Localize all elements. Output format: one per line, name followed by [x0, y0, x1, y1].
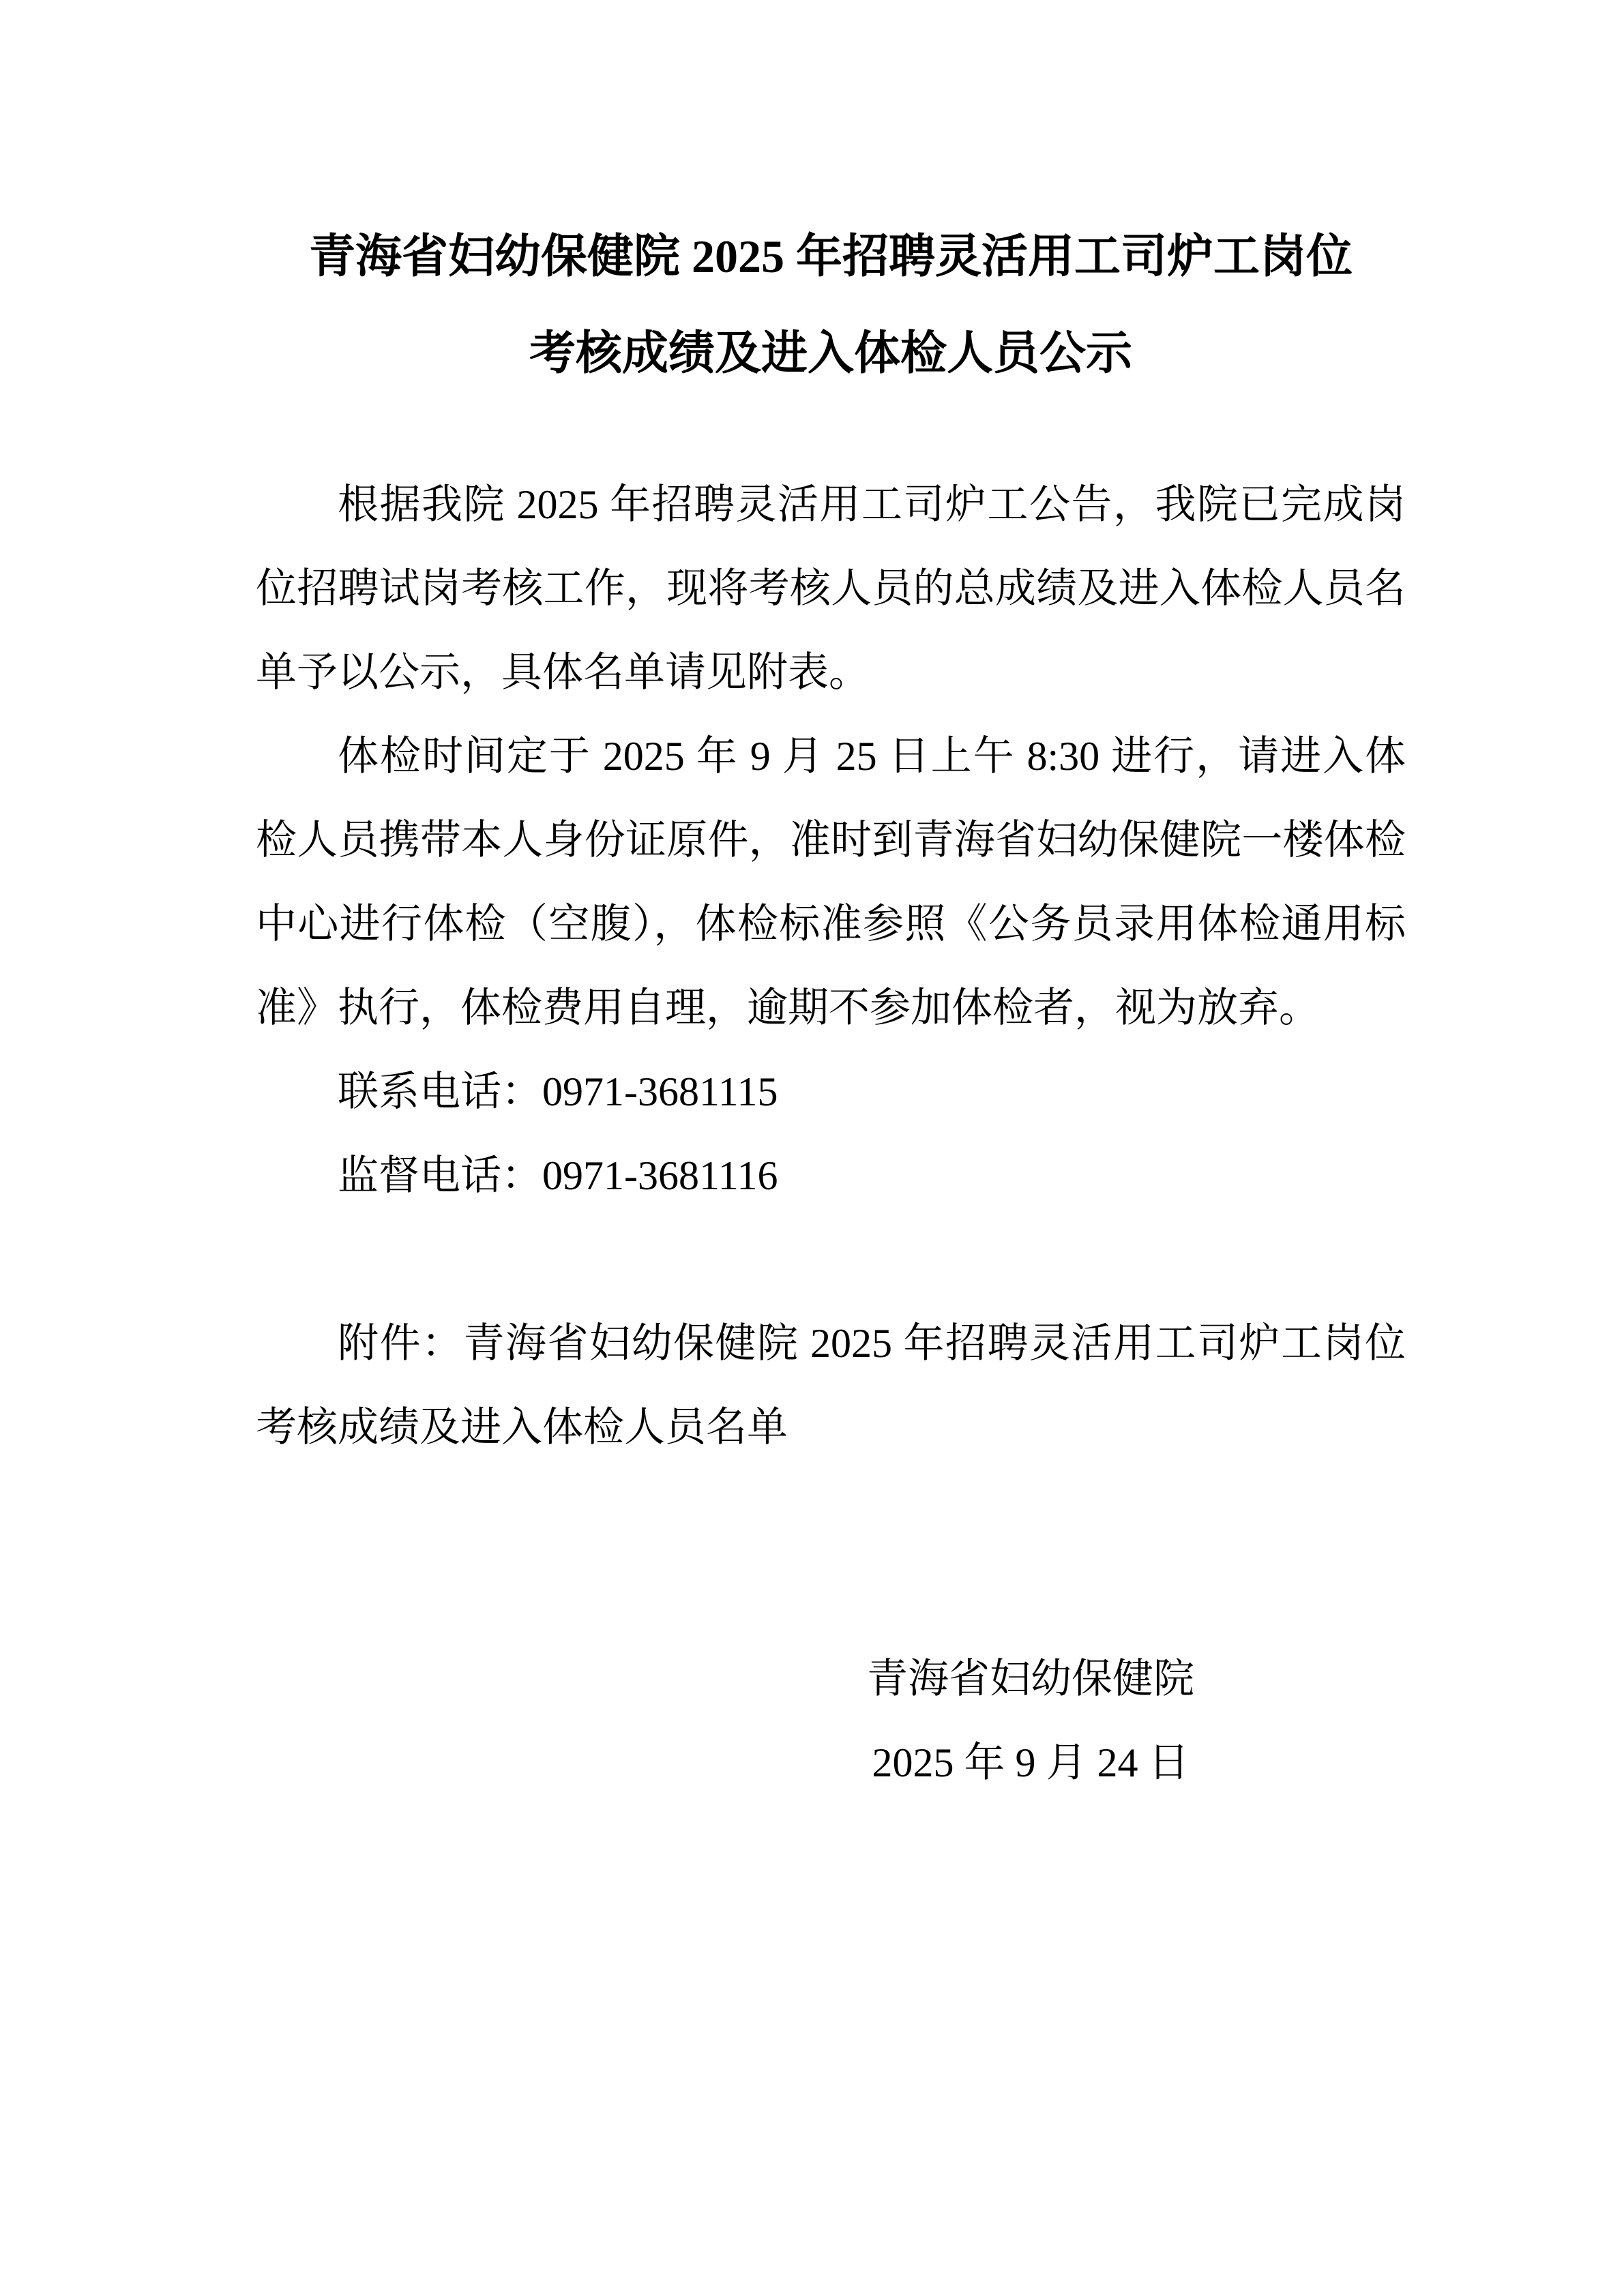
- attachment-line-1: 附件：青海省妇幼保健院 2025 年招聘灵活用工司炉工岗位: [256, 1302, 1406, 1386]
- signature-organization: 青海省妇幼保健院: [840, 1637, 1222, 1721]
- body-line: 根据我院 2025 年招聘灵活用工司炉工公告，我院已完成岗: [256, 463, 1406, 547]
- document-title-line-2: 考核成绩及进入体检人员公示: [256, 305, 1406, 402]
- body-line: 体检时间定于 2025 年 9 月 25 日上午 8:30 进行，请进入体: [256, 715, 1406, 799]
- signature-block: 青海省妇幼保健院 2025 年 9 月 24 日: [840, 1637, 1222, 1805]
- blank-line-spacer: [256, 1218, 1406, 1302]
- contact-phone-line: 联系电话：0971-3681115: [256, 1050, 1406, 1134]
- contact-phone-block: 联系电话：0971-3681115 监督电话：0971-3681116: [256, 1050, 1406, 1218]
- blank-line-spacer: [256, 1470, 1406, 1637]
- paragraph-physical-exam-notice: 体检时间定于 2025 年 9 月 25 日上午 8:30 进行，请进入体 检人…: [256, 715, 1406, 1050]
- attachment-line-2: 考核成绩及进入体检人员名单: [256, 1386, 1406, 1470]
- document-content: 青海省妇幼保健院 2025 年招聘灵活用工司炉工岗位 考核成绩及进入体检人员公示…: [256, 0, 1406, 1805]
- document-page: 青海省妇幼保健院 2025 年招聘灵活用工司炉工岗位 考核成绩及进入体检人员公示…: [0, 0, 1624, 2296]
- paragraph-recruitment-summary: 根据我院 2025 年招聘灵活用工司炉工公告，我院已完成岗 位招聘试岗考核工作，…: [256, 463, 1406, 715]
- signature-date: 2025 年 9 月 24 日: [840, 1721, 1222, 1805]
- body-line: 单予以公示，具体名单请见附表。: [256, 631, 1406, 715]
- attachment-note: 附件：青海省妇幼保健院 2025 年招聘灵活用工司炉工岗位 考核成绩及进入体检人…: [256, 1302, 1406, 1470]
- document-title: 青海省妇幼保健院 2025 年招聘灵活用工司炉工岗位 考核成绩及进入体检人员公示: [256, 208, 1406, 402]
- document-body: 根据我院 2025 年招聘灵活用工司炉工公告，我院已完成岗 位招聘试岗考核工作，…: [256, 463, 1406, 1805]
- document-title-line-1: 青海省妇幼保健院 2025 年招聘灵活用工司炉工岗位: [256, 208, 1406, 305]
- body-line: 位招聘试岗考核工作，现将考核人员的总成绩及进入体检人员名: [256, 547, 1406, 631]
- body-line: 准》执行，体检费用自理，逾期不参加体检者，视为放弃。: [256, 966, 1406, 1050]
- body-line: 检人员携带本人身份证原件，准时到青海省妇幼保健院一楼体检: [256, 799, 1406, 882]
- supervision-phone-line: 监督电话：0971-3681116: [256, 1134, 1406, 1218]
- body-line: 中心进行体检（空腹），体检标准参照《公务员录用体检通用标: [256, 882, 1406, 966]
